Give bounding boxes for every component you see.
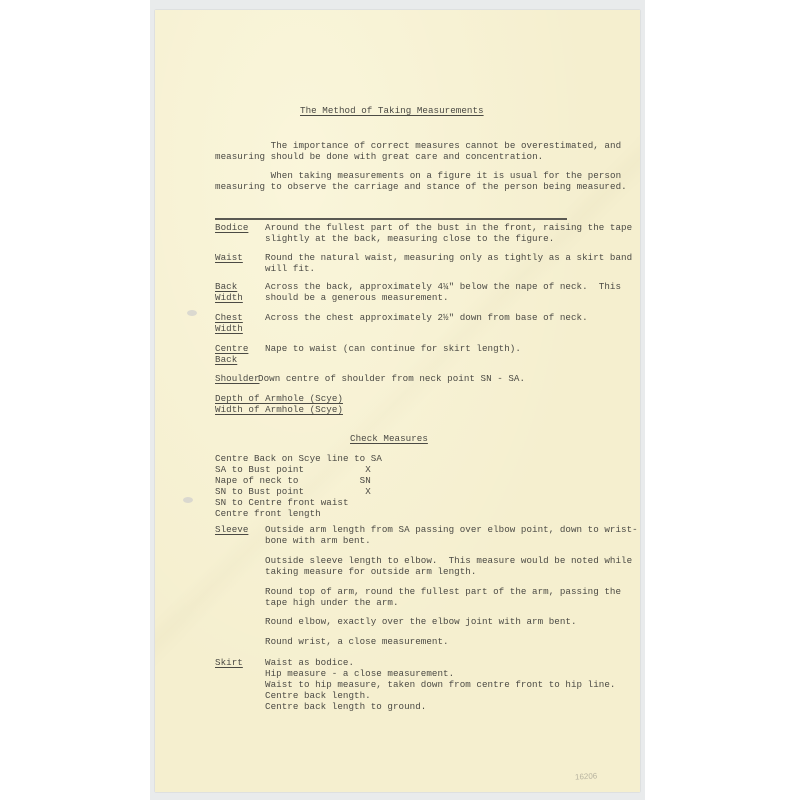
skirt-line-2: Hip measure - a close measurement.: [265, 668, 454, 679]
skirt-label: Skirt: [215, 657, 243, 668]
measure-text-back-width-2: should be a generous measurement.: [265, 292, 449, 303]
measure-label-centre-back-2: Back: [215, 354, 237, 365]
measure-label-shoulder: Shoulder: [215, 373, 260, 384]
sleeve-text-3-2: tape high under the arm.: [265, 597, 399, 608]
measure-text-back-width-1: Across the back, approximately 4¼" below…: [265, 281, 621, 292]
measure-label-back-2: Width: [215, 292, 243, 303]
skirt-line-5: Centre back length to ground.: [265, 701, 426, 712]
measure-label-chest-1: Chest: [215, 312, 243, 323]
sleeve-text-4: Round elbow, exactly over the elbow join…: [265, 616, 577, 627]
measure-text-bodice-2: slightly at the back, measuring close to…: [265, 233, 554, 244]
skirt-line-4: Centre back length.: [265, 690, 371, 701]
pin-mark: [183, 497, 193, 503]
measure-label-back-1: Back: [215, 281, 237, 292]
sleeve-text-2-2: taking measure for outside arm length.: [265, 566, 476, 577]
measure-text-bodice-1: Around the fullest part of the bust in t…: [265, 222, 632, 233]
check-measure-4: SN to Bust point X: [215, 486, 371, 497]
divider-rule: [215, 218, 567, 220]
document-page: The Method of Taking Measurements The im…: [155, 10, 640, 792]
measure-text-chest-width: Across the chest approximately 2½" down …: [265, 312, 588, 323]
pin-mark: [187, 310, 197, 316]
check-measures-title: Check Measures: [350, 433, 428, 444]
measure-label-chest-2: Width: [215, 323, 243, 334]
intro-paragraph-1-line-2: measuring should be done with great care…: [215, 151, 635, 162]
measure-label-centre-back-1: Centre: [215, 343, 248, 354]
sleeve-text-3-1: Round top of arm, round the fullest part…: [265, 586, 621, 597]
pencil-note: 16206: [575, 771, 598, 781]
sleeve-text-1-2: bone with arm bent.: [265, 535, 371, 546]
measure-label-waist: Waist: [215, 252, 243, 263]
check-measure-2: SA to Bust point X: [215, 464, 371, 475]
armhole-width: Width of Armhole (Scye): [215, 404, 343, 415]
measure-text-waist-2: will fit.: [265, 263, 315, 274]
sleeve-text-2-1: Outside sleeve length to elbow. This mea…: [265, 555, 632, 566]
check-measure-3: Nape of neck to SN: [215, 475, 371, 486]
skirt-line-1: Waist as bodice.: [265, 657, 354, 668]
check-measure-1: Centre Back on Scye line to SA: [215, 453, 382, 464]
document-title: The Method of Taking Measurements: [300, 105, 484, 116]
sleeve-text-1-1: Outside arm length from SA passing over …: [265, 524, 638, 535]
check-measure-6: Centre front length: [215, 508, 321, 519]
check-measure-5: SN to Centre front waist: [215, 497, 349, 508]
intro-paragraph-2-line-1: When taking measurements on a figure it …: [215, 170, 635, 181]
measure-text-shoulder: Down centre of shoulder from neck point …: [258, 373, 525, 384]
intro-paragraph-1-line-1: The importance of correct measures canno…: [215, 140, 635, 151]
intro-paragraph-2-line-2: measuring to observe the carriage and st…: [215, 181, 635, 192]
sleeve-text-5: Round wrist, a close measurement.: [265, 636, 449, 647]
sleeve-label: Sleeve: [215, 524, 248, 535]
armhole-depth: Depth of Armhole (Scye): [215, 393, 343, 404]
measure-label-bodice: Bodice: [215, 222, 248, 233]
measure-text-waist-1: Round the natural waist, measuring only …: [265, 252, 632, 263]
skirt-line-3: Waist to hip measure, taken down from ce…: [265, 679, 616, 690]
measure-text-centre-back: Nape to waist (can continue for skirt le…: [265, 343, 521, 354]
